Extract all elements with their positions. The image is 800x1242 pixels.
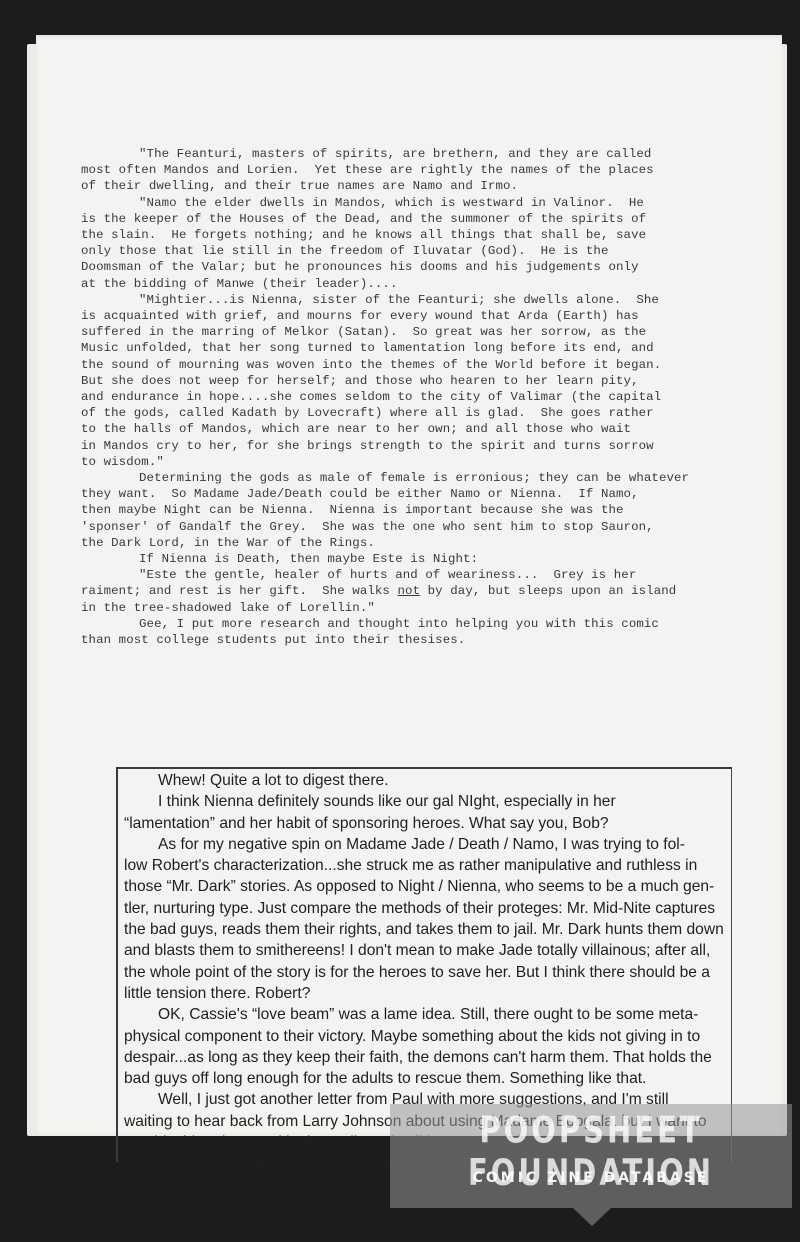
text-line: Determining the gods as male of female i… [81, 470, 721, 486]
paragraph: Whew! Quite a lot to digest there. [124, 770, 736, 791]
text-line: the bad guys, reads them their rights, a… [124, 919, 736, 940]
paragraph: As for my negative spin on Madame Jade /… [124, 834, 736, 1004]
text-line: is acquainted with grief, and mourns for… [81, 308, 721, 324]
text-line: little tension there. Robert? [124, 983, 736, 1004]
underlined-word: not [398, 584, 421, 598]
text-line: Gee, I put more research and thought int… [81, 616, 721, 632]
text-line: bad guys off long enough for the adults … [124, 1068, 736, 1089]
text-line: Doomsman of the Valar; but he pronounces… [81, 259, 721, 275]
text-line: I think Nienna definitely sounds like ou… [124, 791, 736, 812]
paragraph: "Este the gentle, healer of hurts and of… [81, 567, 721, 616]
paragraph: "Mightier...is Nienna, sister of the Fea… [81, 292, 721, 470]
text-line: But she does not weep for herself; and t… [81, 373, 721, 389]
text-line: OK, Cassie's “love beam” was a lame idea… [124, 1004, 736, 1025]
text-line: then maybe Night can be Nienna. Nienna i… [81, 502, 721, 518]
text-line: the slain. He forgets nothing; and he kn… [81, 227, 721, 243]
text-line: "The Feanturi, masters of spirits, are b… [81, 146, 721, 162]
text-line: those “Mr. Dark” stories. As opposed to … [124, 876, 736, 897]
paragraph: "The Feanturi, masters of spirits, are b… [81, 146, 721, 195]
text-line: “lamentation” and her habit of sponsorin… [124, 813, 736, 834]
text-line: most often Mandos and Lorien. Yet these … [81, 162, 721, 178]
text-line: physical component to their victory. May… [124, 1026, 736, 1047]
text-line: "Mightier...is Nienna, sister of the Fea… [81, 292, 721, 308]
paragraph: If Nienna is Death, then maybe Este is N… [81, 551, 721, 567]
text-line: the Dark Lord, in the War of the Rings. [81, 535, 721, 551]
watermark-pointer-icon [573, 1208, 611, 1226]
paragraph: "Namo the elder dwells in Mandos, which … [81, 195, 721, 292]
text-line: "Este the gentle, healer of hurts and of… [81, 567, 721, 583]
text-line: and blasts them to smithereens! I don't … [124, 940, 736, 961]
text-line: Whew! Quite a lot to digest there. [124, 770, 736, 791]
paragraph: OK, Cassie's “love beam” was a lame idea… [124, 1004, 736, 1089]
typewritten-section: "The Feanturi, masters of spirits, are b… [81, 146, 721, 648]
text-line: they want. So Madame Jade/Death could be… [81, 486, 721, 502]
text-line: the whole point of the story is for the … [124, 962, 736, 983]
text-line: to wisdom." [81, 454, 721, 470]
text-line: to the halls of Mandos, which are near t… [81, 421, 721, 437]
text-line: in Mandos cry to her, for she brings str… [81, 438, 721, 454]
text-line: at the bidding of Manwe (their leader)..… [81, 276, 721, 292]
text-line: of their dwelling, and their true names … [81, 178, 721, 194]
text-line: tler, nurturing type. Just compare the m… [124, 898, 736, 919]
text-line: If Nienna is Death, then maybe Este is N… [81, 551, 721, 567]
text-line: raiment; and rest is her gift. She walks… [81, 583, 721, 599]
paragraph: I think Nienna definitely sounds like ou… [124, 791, 736, 834]
text-line: only those that lie still in the freedom… [81, 243, 721, 259]
text-line: low Robert's characterization...she stru… [124, 855, 736, 876]
text-line: is the keeper of the Houses of the Dead,… [81, 211, 721, 227]
watermark-subtitle: COMIC ZINE DATABASE [390, 1170, 792, 1186]
text-line: Music unfolded, that her song turned to … [81, 340, 721, 356]
text-line: "Namo the elder dwells in Mandos, which … [81, 195, 721, 211]
text-line: and endurance in hope....she comes seldo… [81, 389, 721, 405]
text-line: despair...as long as they keep their fai… [124, 1047, 736, 1068]
text-line: the sound of mourning was woven into the… [81, 357, 721, 373]
paragraph: Determining the gods as male of female i… [81, 470, 721, 551]
watermark-banner: POOPSHEET FOUNDATION COMIC ZINE DATABASE [390, 1104, 792, 1208]
text-line: suffered in the marring of Melkor (Satan… [81, 324, 721, 340]
text-line: of the gods, called Kadath by Lovecraft)… [81, 405, 721, 421]
text-line: than most college students put into thei… [81, 632, 721, 648]
text-line: 'sponser' of Gandalf the Grey. She was t… [81, 519, 721, 535]
text-line: in the tree-shadowed lake of Lorellin." [81, 600, 721, 616]
text-line: As for my negative spin on Madame Jade /… [124, 834, 736, 855]
paragraph: Gee, I put more research and thought int… [81, 616, 721, 648]
